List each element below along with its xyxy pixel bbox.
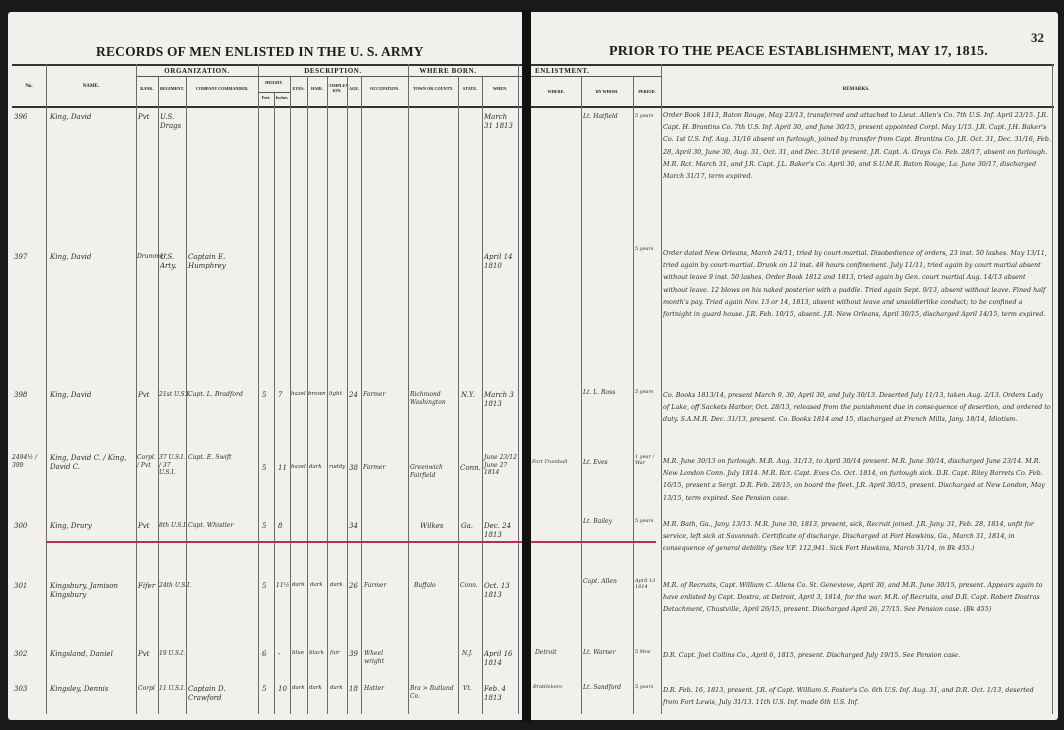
record-regiment: 21st U.S.I. — [159, 391, 191, 399]
record-state: N.J. — [462, 650, 473, 658]
record-complexion: fair — [330, 650, 340, 657]
record-when: Oct. 13 1813 — [484, 582, 516, 600]
record-hair: dark — [309, 464, 322, 471]
col-rule — [274, 92, 275, 714]
remarks-300: M.R. Bath, Ga., Jany. 13/13. M.R. June 3… — [663, 518, 1051, 555]
record-state: Vt. — [463, 685, 472, 693]
record-hair: black — [309, 650, 324, 657]
record-regiment: U.S. Drags — [160, 113, 186, 131]
header-bottom-rule — [531, 106, 1054, 108]
col-rule — [458, 76, 459, 714]
record-name: King, Drury — [50, 522, 92, 531]
header-no: No. — [12, 84, 46, 90]
enlist-period-396: 5 years — [635, 113, 654, 119]
header-top-rule — [12, 64, 522, 66]
left-page-title: RECORDS OF MEN ENLISTED IN THE U. S. ARM… — [96, 44, 424, 60]
header-hair: HAIR. — [307, 87, 327, 92]
book-spine — [522, 10, 531, 722]
header-enlistment: ENLISTMENT. — [535, 68, 605, 76]
record-age: 38 — [349, 464, 358, 473]
header-enlistment-where: WHERE. — [531, 90, 581, 95]
record-name: King, David C. / King, David C. — [50, 454, 136, 472]
record-occupation: Wheel wright — [364, 650, 404, 665]
record-rank: Corpl — [138, 685, 155, 693]
record-age: 39 — [349, 650, 358, 659]
record-rank: Fifer — [138, 582, 155, 591]
record-name: Kingsland, Daniel — [50, 650, 113, 659]
enlist-period-303: 5 years — [635, 684, 654, 690]
record-occupation: Farmer — [363, 464, 385, 472]
header-mid-rule — [136, 76, 522, 77]
record-inches: 11 — [278, 464, 287, 473]
record-regiment: 37 U.S.I. / 37 U.S.I. — [159, 454, 187, 477]
remarks-398: Co. Books 1813/14, present March 9, 30, … — [663, 389, 1051, 426]
col-rule — [327, 76, 328, 714]
enlist-period-302: 5 Mos — [635, 649, 650, 655]
col-rule — [46, 64, 47, 714]
col-rule — [408, 64, 409, 714]
remarks-397: Order dated New Orleans, March 24/11, tr… — [663, 247, 1051, 320]
record-name: Kingsbury, Jamison Kingsbury — [50, 582, 136, 600]
record-inches: 7 — [278, 391, 282, 400]
record-complexion: dark — [330, 685, 343, 692]
record-regiment: 8th U.S.I. — [159, 522, 188, 530]
record-eyes: blue — [292, 650, 304, 657]
header-state: STATE. — [458, 87, 482, 92]
record-commander: Captain D. Crawford — [188, 685, 256, 703]
header-description: DESCRIPTION. — [258, 68, 408, 76]
record-no: 302 — [14, 650, 27, 659]
header-feet: Feet. — [258, 96, 274, 101]
record-age: 18 — [349, 685, 358, 694]
record-when: April 14 1810 — [484, 253, 516, 271]
record-age: 24 — [349, 391, 358, 400]
page-number: 32 — [1031, 30, 1044, 46]
record-state: Conn. — [460, 582, 478, 590]
red-underline-rule — [531, 541, 656, 543]
enlist-period-398: 5 years — [635, 389, 654, 395]
record-state: N.Y. — [461, 391, 475, 400]
record-commander: Capt. Whistler — [188, 522, 233, 530]
record-regiment: 11 U.S.I. — [159, 685, 185, 693]
record-rank: Corpl. / Pvt — [137, 454, 159, 469]
col-rule — [482, 76, 483, 714]
header-enlistment-by-whom: BY WHOM. — [581, 90, 633, 95]
record-complexion: light — [329, 391, 342, 398]
record-no: 2494½ / 399 — [12, 454, 46, 469]
record-town: Bra > Rutland Co. — [410, 685, 456, 700]
remarks-301: M.R. of Recruits, Capt. William C. Allen… — [663, 579, 1051, 616]
record-rank: Pvt — [138, 113, 149, 122]
record-hair: dark — [309, 685, 322, 692]
header-occupation: OCCUPATION. — [361, 87, 408, 92]
header-rank: RANK. — [136, 87, 158, 92]
record-when: Dec. 24 1813 — [484, 522, 516, 540]
header-organization: ORGANIZATION. — [136, 68, 258, 76]
header-age: AGE. — [347, 87, 361, 92]
record-inches: 10 — [278, 685, 287, 694]
record-commander: Capt. E. Swift — [188, 454, 232, 462]
header-complexion: COMPLEX-ION. — [327, 84, 347, 93]
record-town: Buffalo — [414, 582, 436, 590]
header-enlistment-period: PERIOD. — [633, 90, 661, 95]
record-when: March 3 1813 — [484, 391, 516, 409]
record-complexion: ruddy — [329, 464, 345, 471]
header-height: HEIGHT. — [258, 81, 290, 86]
record-state: Ga. — [461, 522, 473, 531]
col-rule — [633, 76, 634, 714]
record-eyes: hazel — [291, 391, 306, 398]
record-feet: 5 — [262, 464, 266, 473]
red-underline-rule — [46, 541, 522, 543]
record-no: 300 — [14, 522, 27, 531]
record-when: April 16 1814 — [484, 650, 516, 668]
record-no: 397 — [14, 253, 27, 262]
header-where-born: WHERE BORN. — [408, 68, 488, 76]
enlist-where-302: Detroit — [535, 649, 557, 657]
record-regiment: 19 U.S.I. — [159, 650, 185, 658]
record-commander: Captain E. Humphrey — [188, 253, 256, 271]
record-feet: 6 — [262, 650, 266, 659]
enlist-where-399: Fort Trumbull — [532, 459, 568, 465]
record-name: King, David — [50, 113, 91, 122]
record-name: King, David — [50, 391, 91, 400]
header-name: NAME. — [46, 84, 136, 90]
col-rule — [258, 64, 259, 714]
col-rule — [581, 76, 582, 714]
record-feet: 5 — [262, 582, 266, 591]
remarks-302: D.R. Capt. Joel Collins Co., April 6, 18… — [663, 649, 1051, 661]
record-when: March 31 1813 — [484, 113, 516, 131]
col-rule — [361, 76, 362, 714]
record-age: 26 — [349, 582, 358, 591]
col-rule — [136, 64, 137, 714]
col-rule — [518, 64, 519, 714]
record-rank: Pvt — [138, 522, 149, 531]
enlist-period-399: 1 year / War — [635, 454, 661, 467]
enlist-by-whom-301: Capt. Allen — [583, 578, 617, 586]
record-eyes: hazel — [291, 464, 306, 471]
record-no: 396 — [14, 113, 27, 122]
record-inches: 8 — [278, 522, 282, 531]
record-age: 34 — [349, 522, 358, 531]
record-town: Richmond Washington — [410, 391, 456, 406]
record-regiment: 24th U.S.I. — [159, 582, 191, 590]
record-inches: - — [278, 650, 280, 659]
right-page: 32 PRIOR TO THE PEACE ESTABLISHMENT, MAY… — [531, 12, 1058, 720]
enlist-period-397: 5 years — [635, 246, 654, 252]
record-eyes: dark — [292, 685, 305, 692]
enlist-where-303: Brattleboro — [533, 684, 562, 690]
remarks-396: Order Book 1813, Baton Rouge, May 23/13,… — [663, 109, 1051, 182]
enlist-period-301: April 13 1814 — [635, 578, 661, 591]
record-town: Wilkes — [420, 522, 444, 531]
enlist-by-whom-399: Lt. Eves — [583, 459, 608, 467]
record-no: 398 — [14, 391, 27, 400]
enlist-by-whom-396: Lt. Hatfield — [583, 113, 618, 121]
record-commander: Capt. L. Bradford — [188, 391, 243, 399]
record-when: June 23/12 June 27 1814 — [484, 454, 518, 477]
record-feet: 5 — [262, 391, 266, 400]
col-rule — [347, 76, 348, 714]
record-occupation: Hatter — [364, 685, 384, 693]
record-eyes: dark — [292, 582, 305, 589]
record-no: 303 — [14, 685, 27, 694]
record-occupation: Farmer — [364, 582, 386, 590]
record-feet: 5 — [262, 685, 266, 694]
col-rule — [661, 64, 662, 714]
right-page-title: PRIOR TO THE PEACE ESTABLISHMENT, MAY 17… — [609, 44, 988, 60]
enlist-by-whom-302: Lt. Warner — [583, 649, 616, 657]
record-rank: Pvt — [138, 391, 149, 400]
col-rule — [1052, 64, 1053, 714]
header-inches: Inches. — [274, 96, 290, 101]
header-eyes: EYES. — [290, 87, 307, 92]
record-rank: Drummer — [137, 253, 159, 261]
header-regiment: REGIMENT. — [158, 87, 186, 92]
record-feet: 5 — [262, 522, 266, 531]
enlist-period-300: 5 years — [635, 518, 654, 524]
remarks-303: D.R. Feb. 16, 1813, present. J.R. of Cap… — [663, 684, 1051, 708]
header-mid-rule — [531, 76, 661, 77]
enlist-by-whom-300: Lt. Bailey — [583, 518, 612, 526]
record-state: Conn. — [460, 464, 481, 473]
header-remarks: REMARKS. — [661, 87, 1051, 93]
record-hair: brown — [308, 391, 326, 398]
left-page: RECORDS OF MEN ENLISTED IN THE U. S. ARM… — [8, 12, 522, 720]
record-regiment: U.S. Arty. — [160, 253, 186, 271]
record-town: Greenwich Fairfield — [410, 464, 456, 479]
record-hair: dark — [310, 582, 323, 589]
record-inches: 11½ — [276, 582, 289, 590]
record-occupation: Farmer — [363, 391, 385, 399]
header-company-commander: COMPANY COMMANDER. — [186, 87, 258, 92]
record-name: Kingsley, Dennis — [50, 685, 109, 694]
enlist-by-whom-398: Lt. L. Ross — [583, 389, 615, 397]
record-complexion: dark — [330, 582, 343, 589]
record-no: 301 — [14, 582, 27, 591]
header-top-rule — [531, 64, 1054, 66]
record-when: Feb. 4 1813 — [484, 685, 516, 703]
record-rank: Pvt — [138, 650, 149, 659]
remarks-399: M.R. June 30/13 on furlough. M.R. Aug. 3… — [663, 455, 1051, 504]
header-town-or-county: TOWN OR COUNTY. — [408, 87, 458, 92]
header-bottom-rule — [12, 106, 522, 108]
header-when: WHEN. — [482, 87, 518, 92]
record-name: King, David — [50, 253, 91, 262]
enlist-by-whom-303: Lt. Sandford — [583, 684, 621, 692]
